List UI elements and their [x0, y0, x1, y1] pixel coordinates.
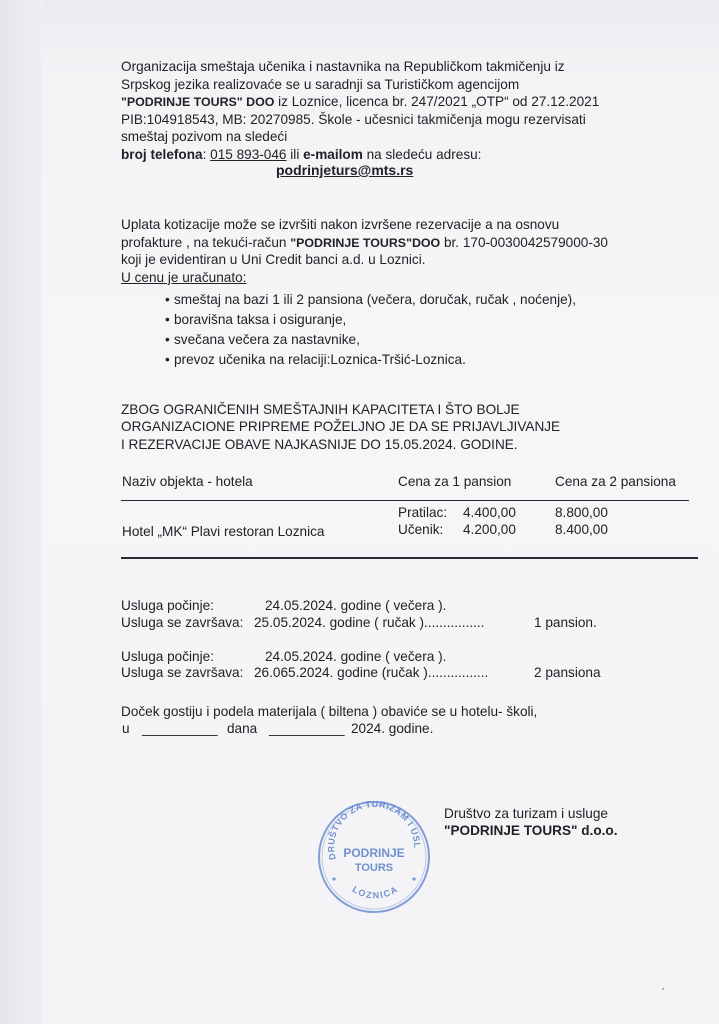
table-row-ucenik-price-1: 4.200,00: [463, 522, 516, 537]
company-stamp-icon: DRUŠTVO ZA TURIZAM I USLUGE DOO LOZNICA …: [316, 799, 432, 915]
table-row-pratilac-price-2: 8.800,00: [555, 505, 608, 520]
bank-account: br. 170-0030042579000-30: [440, 235, 608, 250]
table-divider: [121, 500, 689, 501]
svg-text:TOURS: TOURS: [355, 862, 393, 874]
list-item: •svečana večera za nastavnike,: [165, 331, 576, 351]
company-signature: Društvo za turizam i usluge "PODRINJE TO…: [444, 806, 618, 840]
intro-line: Organizacija smeštaja učenika i nastavni…: [121, 58, 599, 76]
welcome-line: u __________ dana __________ 2024. godin…: [121, 721, 537, 738]
payment-paragraph: Uplata kotizacije može se izvršiti nakon…: [121, 216, 608, 286]
table-header-1-pansion: Cena za 1 pansion: [398, 474, 511, 489]
svg-text:PODRINJE: PODRINJE: [343, 846, 404, 860]
table-row-pratilac-price-1: 4.400,00: [463, 505, 516, 520]
email-label: e-mailom: [303, 147, 363, 162]
list-item: •boravišna taksa i osiguranje,: [165, 311, 576, 331]
phone-number[interactable]: 015 893-046: [210, 147, 286, 162]
blank-day: __________: [142, 721, 218, 736]
intro-line: PIB:104918543, MB: 20270985. Škole - uče…: [121, 111, 599, 129]
included-list: •smeštaj na bazi 1 ili 2 pansiona (večer…: [165, 291, 576, 371]
blank-date: __________: [269, 721, 345, 736]
notice-line: ORGANIZACIONE PRIPREME POŽELJNO JE DA SE…: [121, 419, 560, 436]
bullet-icon: •: [165, 291, 174, 308]
table-row-pratilac-category: Pratilac:: [398, 505, 447, 520]
included-heading: U cenu je uračunato:: [121, 269, 608, 287]
intro-paragraph: Organizacija smeštaja učenika i nastavni…: [121, 58, 599, 164]
list-item: •prevoz učenika na relaciji:Loznica-Trši…: [165, 351, 576, 371]
table-hotel-name: Hotel „MK“ Plavi restoran Loznica: [122, 524, 324, 539]
email-address[interactable]: podrinjeturs@mts.rs: [276, 162, 413, 178]
deadline-notice: ZBOG OGRANIČENIH SMEŠTAJNIH KAPACITETA I…: [121, 402, 560, 454]
license-text: iz Loznice, licenca br. 247/2021 „OTP“ o…: [274, 94, 599, 109]
bullet-icon: •: [165, 331, 174, 348]
payment-line: koji je evidentiran u Uni Credit banci a…: [121, 251, 608, 269]
table-row-ucenik-category: Učenik:: [398, 522, 443, 537]
welcome-line: Doček gostiju i podela materijala ( bilt…: [121, 704, 537, 721]
pansion-count: 1 pansion.: [534, 615, 597, 630]
payment-line: profakture , na tekući-račun "PODRINJE T…: [121, 234, 608, 252]
table-header-hotel: Naziv objekta - hotela: [122, 474, 253, 489]
svg-text:LOZNICA: LOZNICA: [351, 884, 401, 901]
company-description: Društvo za turizam i usluge: [444, 806, 618, 823]
list-item: •smeštaj na bazi 1 ili 2 pansiona (večer…: [165, 291, 576, 311]
company-name: "PODRINJE TOURS" d.o.o.: [444, 823, 618, 840]
table-header-2-pansiona: Cena za 2 pansiona: [555, 474, 676, 489]
intro-line: Srpskog jezika realizovaće se u saradnji…: [121, 76, 599, 94]
table-bottom-rule: [121, 557, 698, 559]
bullet-icon: •: [165, 311, 174, 328]
intro-line: "PODRINJE TOURS" DOO iz Loznice, licenca…: [121, 93, 599, 111]
company-name: "PODRINJE TOURS"DOO: [290, 236, 440, 250]
phone-label: broj telefona: [121, 147, 203, 162]
notice-line: ZBOG OGRANIČENIH SMEŠTAJNIH KAPACITETA I…: [121, 402, 560, 419]
scan-page-edge: [0, 0, 42, 1024]
payment-line: Uplata kotizacije može se izvršiti nakon…: [121, 216, 608, 234]
table-row-ucenik-price-2: 8.400,00: [555, 522, 608, 537]
pansion-count: 2 pansiona: [534, 665, 601, 680]
welcome-paragraph: Doček gostiju i podela materijala ( bilt…: [121, 704, 537, 739]
scan-speck: [662, 988, 664, 990]
notice-line: I REZERVACIJE OBAVE NAJKASNIJE DO 15.05.…: [121, 437, 560, 454]
contact-line: broj telefona: 015 893-046 ili e-mailom …: [121, 146, 599, 164]
company-name: "PODRINJE TOURS" DOO: [121, 95, 274, 109]
intro-line: smeštaj pozivom na sledeći: [121, 128, 599, 146]
bullet-icon: •: [165, 351, 174, 368]
